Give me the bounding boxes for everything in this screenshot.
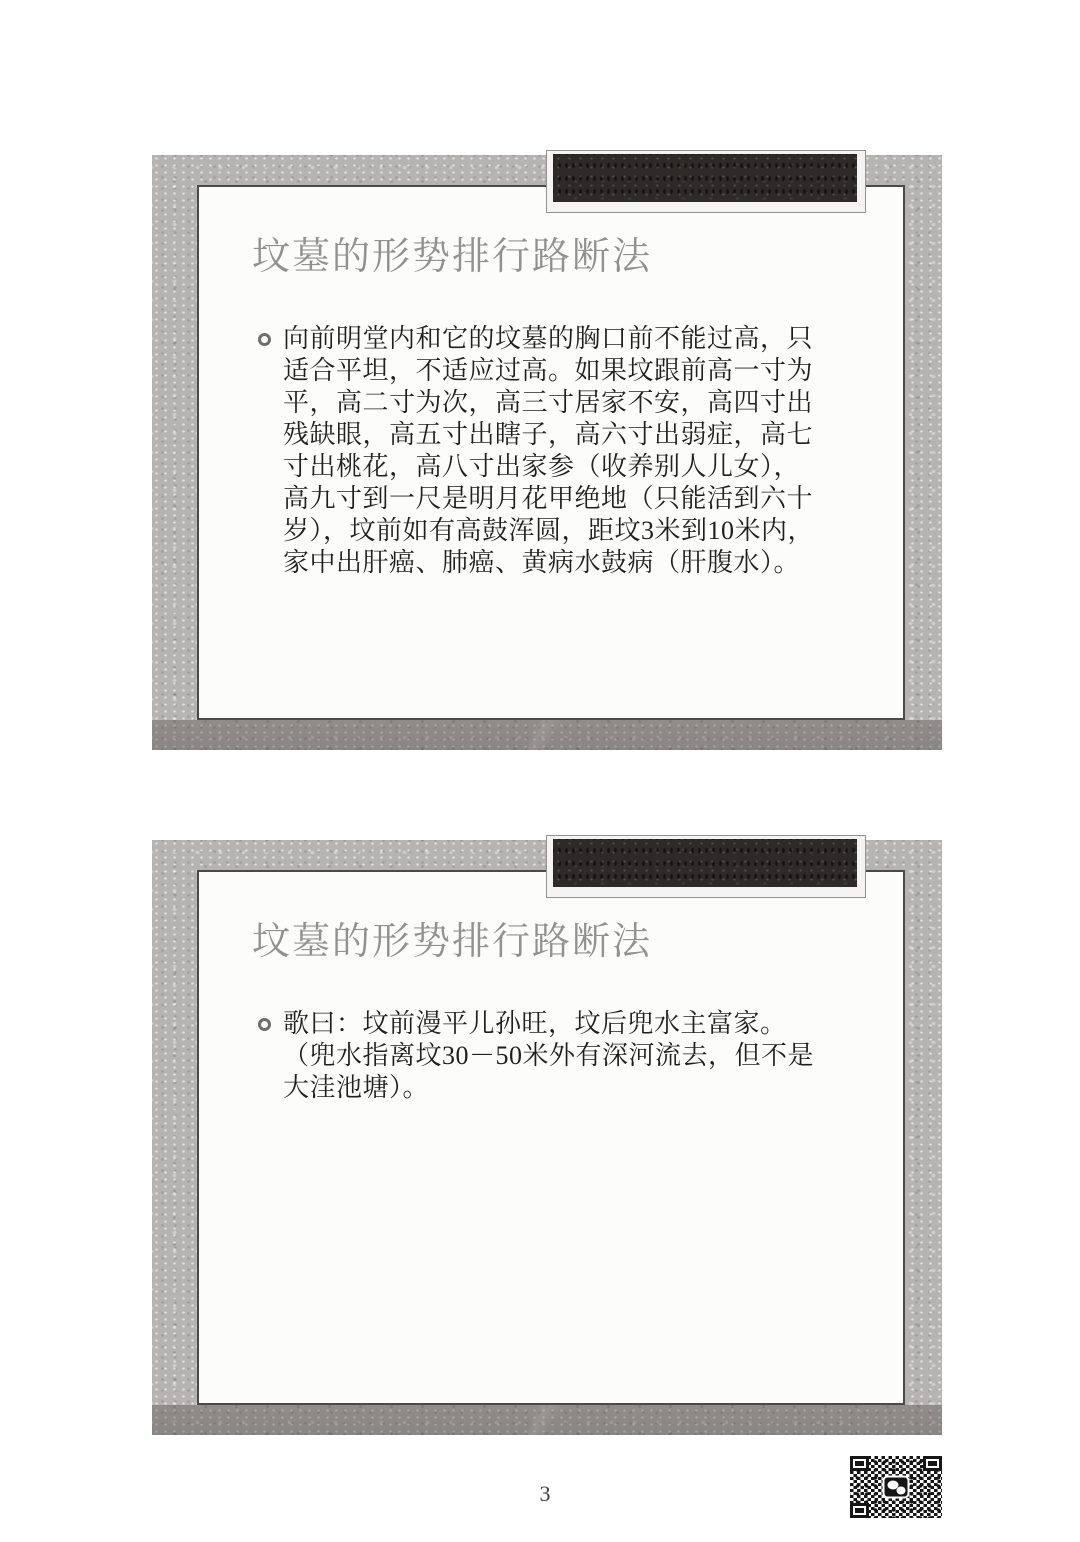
banner-dark-bar bbox=[553, 839, 857, 887]
slide-content-area: 坟墓的形势排行路断法 向前明堂内和它的坟墓的胸口前不能过高，只 适合平坦，不适应… bbox=[197, 185, 905, 720]
qr-finder-icon bbox=[850, 1503, 869, 1518]
body-line: 平，高二寸为次，高三寸居家不安，高四寸出 bbox=[283, 387, 814, 419]
slide-title: 坟墓的形势排行路断法 bbox=[252, 922, 652, 964]
slide-body: 歌曰：坟前漫平儿孙旺，坟后兜水主富家。 （兜水指离坟30－50米外有深河流去，但… bbox=[258, 1008, 814, 1104]
body-line: 岁），坟前如有高鼓浑圆，距坟3米到10米内， bbox=[283, 515, 814, 547]
body-line: 高九寸到一尺是明月花甲绝地（只能活到六十 bbox=[283, 483, 814, 515]
wechat-qr-code bbox=[848, 1454, 944, 1520]
slide-2: 坟墓的形势排行路断法 歌曰：坟前漫平儿孙旺，坟后兜水主富家。 （兜水指离坟30－… bbox=[152, 840, 942, 1435]
qr-finder-icon bbox=[850, 1456, 869, 1471]
qr-finder-icon bbox=[923, 1456, 942, 1471]
body-line: 寸出桃花，高八寸出家参（收养别人儿女）， bbox=[283, 451, 814, 483]
bullet-paragraph: 向前明堂内和它的坟墓的胸口前不能过高，只 适合平坦，不适应过高。如果坟跟前高一寸… bbox=[283, 323, 814, 579]
body-line: 大洼池塘）。 bbox=[283, 1072, 814, 1104]
slide-banner bbox=[546, 835, 866, 898]
body-line: 适合平坦，不适应过高。如果坟跟前高一寸为 bbox=[283, 355, 814, 387]
ring-bullet-icon bbox=[258, 333, 271, 346]
slide-1: 坟墓的形势排行路断法 向前明堂内和它的坟墓的胸口前不能过高，只 适合平坦，不适应… bbox=[152, 155, 942, 750]
ring-bullet-icon bbox=[258, 1018, 271, 1031]
body-line: 家中出肝癌、肺癌、黄病水鼓病（肝腹水）。 bbox=[283, 547, 814, 579]
body-line: 向前明堂内和它的坟墓的胸口前不能过高，只 bbox=[283, 323, 814, 355]
slide-banner bbox=[546, 150, 866, 213]
body-line: （兜水指离坟30－50米外有深河流去，但不是 bbox=[283, 1040, 814, 1072]
body-line: 残缺眼，高五寸出瞎子，高六寸出弱症，高七 bbox=[283, 419, 814, 451]
banner-dark-bar bbox=[553, 154, 857, 202]
wechat-icon bbox=[883, 1476, 910, 1499]
body-line: 歌曰：坟前漫平儿孙旺，坟后兜水主富家。 bbox=[283, 1008, 814, 1040]
bullet-paragraph: 歌曰：坟前漫平儿孙旺，坟后兜水主富家。 （兜水指离坟30－50米外有深河流去，但… bbox=[283, 1008, 814, 1104]
slide-body: 向前明堂内和它的坟墓的胸口前不能过高，只 适合平坦，不适应过高。如果坟跟前高一寸… bbox=[258, 323, 814, 579]
scanned-document-page: 坟墓的形势排行路断法 向前明堂内和它的坟墓的胸口前不能过高，只 适合平坦，不适应… bbox=[0, 0, 1080, 1542]
slide-title: 坟墓的形势排行路断法 bbox=[252, 237, 652, 279]
slide-content-area: 坟墓的形势排行路断法 歌曰：坟前漫平儿孙旺，坟后兜水主富家。 （兜水指离坟30－… bbox=[197, 870, 905, 1405]
qr-modules bbox=[850, 1456, 942, 1518]
